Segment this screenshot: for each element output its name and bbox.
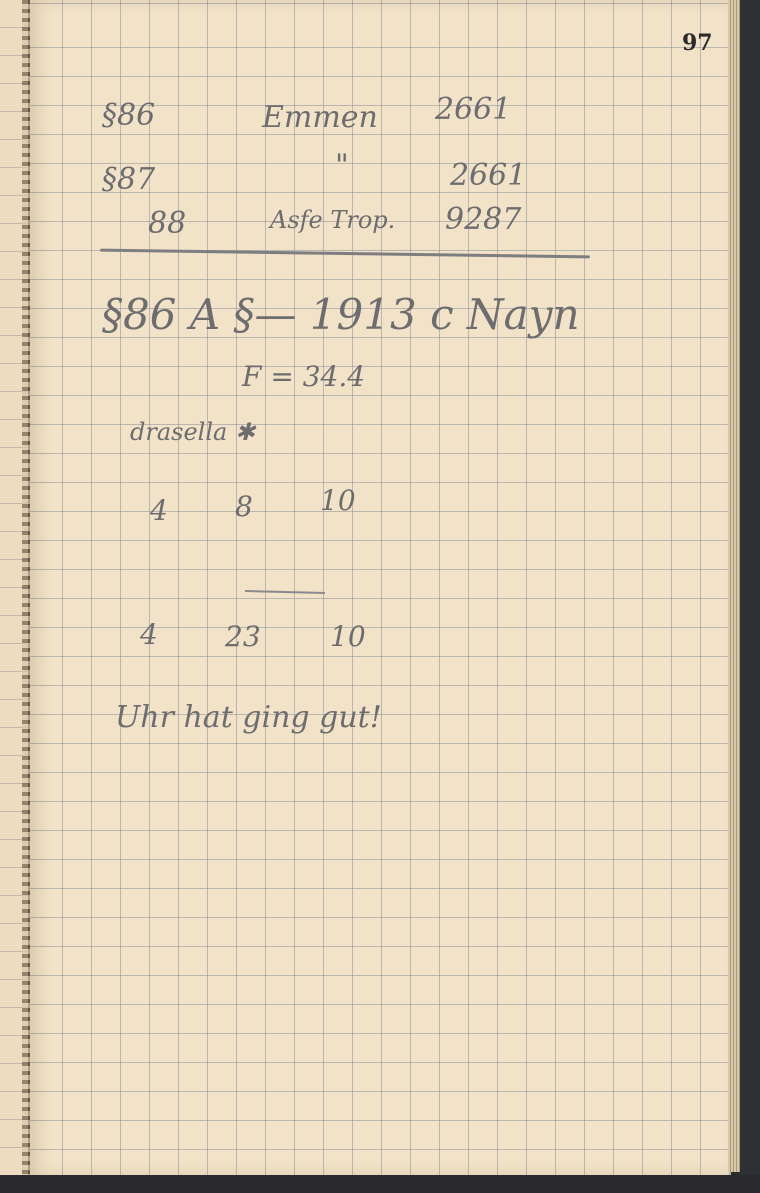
ledger-id-3: 88: [148, 206, 186, 241]
entry-heading: §86 A §— 1913 c Nayn: [102, 290, 580, 339]
ledger-id-1: §86: [102, 98, 155, 133]
page-stack-edges: [728, 0, 740, 1172]
formula: F = 34.4: [242, 360, 365, 393]
bottom-shadow: [0, 1175, 760, 1193]
ledger-value-3: 9287: [445, 202, 521, 237]
ledger-name-3: Asfe Trop.: [270, 206, 395, 234]
row2-b: 23: [225, 620, 261, 653]
label: drasella ✱: [130, 418, 255, 446]
row2-a: 4: [140, 618, 158, 651]
row1-a: 4: [150, 494, 168, 527]
book-cover: [740, 0, 760, 1193]
note: Uhr hat ging gut!: [115, 700, 382, 735]
page-number: 97: [682, 30, 713, 56]
ledger-id-2: §87: [102, 162, 155, 197]
row1-b: 8: [235, 490, 253, 523]
row1-c: 10: [320, 484, 356, 517]
spine-binding: [22, 0, 30, 1193]
ledger-name-1: Emmen: [262, 100, 378, 135]
notebook-page: 97 §86 Emmen 2661 §87 " 2661 88 Asfe Tro…: [30, 0, 731, 1175]
ledger-name-2: ": [335, 148, 349, 183]
ledger-value-2: 2661: [450, 158, 526, 193]
ledger-value-1: 2661: [435, 92, 511, 127]
row2-c: 10: [330, 620, 366, 653]
